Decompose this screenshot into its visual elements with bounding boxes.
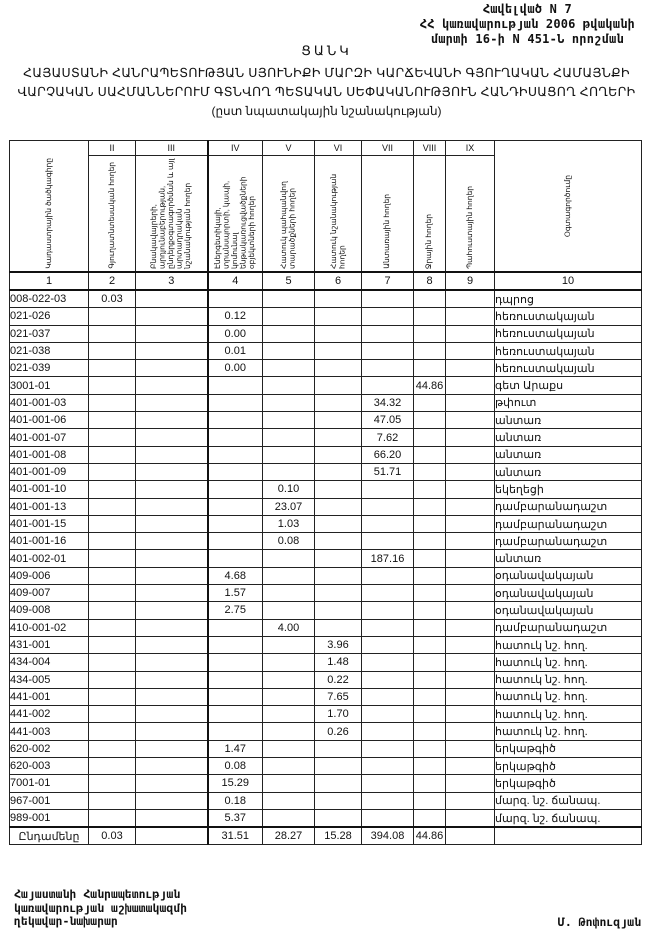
area-cell-c5 (263, 463, 315, 480)
area-cell-c6 (315, 758, 362, 775)
cadastral-code: 401-001-13 (10, 498, 89, 515)
area-cell-c8 (414, 463, 446, 480)
land-use: գետ Արաքս (495, 377, 642, 394)
area-cell-c2 (89, 325, 136, 342)
column-header-text: Էներգետիկայի, տրանսպորտի, կապի, կոմունալ… (214, 158, 257, 269)
area-cell-c8 (414, 394, 446, 411)
area-cell-c6 (315, 498, 362, 515)
table-row: 441-0030.26հատուկ նշ. հող. (10, 723, 642, 740)
area-cell-c2 (89, 567, 136, 584)
roman-numeral-cell: VIII (414, 141, 446, 156)
area-cell-c6 (315, 412, 362, 429)
area-cell-c5 (263, 602, 315, 619)
area-cell-c3 (136, 671, 208, 688)
area-cell-c6: 3.96 (315, 636, 362, 653)
area-cell-c2 (89, 671, 136, 688)
column-number-row: 12345678910 (10, 272, 642, 290)
area-cell-c7 (362, 342, 414, 359)
area-cell-c4 (208, 290, 263, 308)
land-use: թփուտ (495, 394, 642, 411)
area-cell-c4: 0.12 (208, 308, 263, 325)
column-header: Ջրային հողեր (414, 156, 446, 273)
area-cell-c3 (136, 360, 208, 377)
area-cell-c9 (446, 723, 495, 740)
area-cell-c2 (89, 481, 136, 498)
area-cell-c9 (446, 567, 495, 584)
table-row: 401-001-100.10եկեղեցի (10, 481, 642, 498)
area-cell-c4: 0.00 (208, 360, 263, 377)
area-cell-c6: 1.70 (315, 706, 362, 723)
area-cell-c7 (362, 360, 414, 377)
area-cell-c5 (263, 585, 315, 602)
area-cell-c9 (446, 602, 495, 619)
land-use: հատուկ նշ. հող. (495, 636, 642, 653)
column-number: 10 (495, 272, 642, 290)
area-cell-c3 (136, 567, 208, 584)
area-cell-c5 (263, 758, 315, 775)
area-cell-c6 (315, 325, 362, 342)
area-cell-c7: 34.32 (362, 394, 414, 411)
area-cell-c6 (315, 550, 362, 567)
area-cell-c3 (136, 308, 208, 325)
cadastral-code: 401-001-08 (10, 446, 89, 463)
area-cell-c5 (263, 429, 315, 446)
area-cell-c8 (414, 498, 446, 515)
area-cell-c6 (315, 567, 362, 584)
area-cell-c5: 23.07 (263, 498, 315, 515)
area-cell-c2 (89, 654, 136, 671)
area-cell-c8 (414, 412, 446, 429)
total-use (495, 827, 642, 845)
table-row: 431-0013.96հատուկ նշ. հող. (10, 636, 642, 653)
cadastral-code: 401-001-06 (10, 412, 89, 429)
area-cell-c9 (446, 706, 495, 723)
column-number: 6 (315, 272, 362, 290)
table-row: 620-0030.08երկաթգիծ (10, 758, 642, 775)
area-cell-c6 (315, 394, 362, 411)
area-cell-c2 (89, 342, 136, 359)
area-cell-c2 (89, 758, 136, 775)
area-cell-c4 (208, 688, 263, 705)
area-cell-c5 (263, 688, 315, 705)
annex-decision-line: ՀՀ կառավարության 2006 թվականի (420, 17, 635, 32)
cadastral-code: 409-007 (10, 585, 89, 602)
area-cell-c6 (315, 446, 362, 463)
area-cell-c7 (362, 325, 414, 342)
column-header-text: Անտառային հողեր (383, 194, 392, 269)
column-header: Կադաստրային ծածկագիրը (10, 141, 89, 273)
cadastral-code: 401-001-16 (10, 533, 89, 550)
area-cell-c7 (362, 533, 414, 550)
area-cell-c7 (362, 792, 414, 809)
area-cell-c4 (208, 446, 263, 463)
column-number: 2 (89, 272, 136, 290)
land-use: անտառ (495, 412, 642, 429)
area-cell-c5 (263, 290, 315, 308)
area-cell-c6 (315, 619, 362, 636)
table-row: 401-001-160.08դամբարանադաշտ (10, 533, 642, 550)
roman-numeral-cell: V (263, 141, 315, 156)
area-cell-c2 (89, 394, 136, 411)
cadastral-code: 401-001-09 (10, 463, 89, 480)
area-cell-c2 (89, 792, 136, 809)
area-cell-c5 (263, 723, 315, 740)
area-cell-c9 (446, 636, 495, 653)
cadastral-code: 401-001-03 (10, 394, 89, 411)
area-cell-c9 (446, 463, 495, 480)
area-cell-c4 (208, 654, 263, 671)
area-cell-c5: 1.03 (263, 515, 315, 532)
roman-numeral-row: Կադաստրային ծածկագիրըIIIIIIVVVIVIIVIIIIX… (10, 141, 642, 156)
column-number: 3 (136, 272, 208, 290)
total-cell-c8: 44.86 (414, 827, 446, 845)
area-cell-c2 (89, 688, 136, 705)
area-cell-c9 (446, 740, 495, 757)
cadastral-code: 7001-01 (10, 775, 89, 792)
area-cell-c7: 47.05 (362, 412, 414, 429)
column-number: 7 (362, 272, 414, 290)
table-row: 401-001-0647.05անտառ (10, 412, 642, 429)
area-cell-c9 (446, 688, 495, 705)
area-cell-c5 (263, 792, 315, 809)
area-cell-c4: 5.37 (208, 809, 263, 827)
column-header: Պահուստային հողեր (446, 156, 495, 273)
land-use: դպրոց (495, 290, 642, 308)
area-cell-c7 (362, 706, 414, 723)
table-row: 401-001-077.62անտառ (10, 429, 642, 446)
area-cell-c5 (263, 412, 315, 429)
area-cell-c3 (136, 446, 208, 463)
land-use: օդանավակայան (495, 567, 642, 584)
area-cell-c6: 0.22 (315, 671, 362, 688)
area-cell-c2 (89, 412, 136, 429)
area-cell-c7: 187.16 (362, 550, 414, 567)
area-cell-c3 (136, 342, 208, 359)
total-cell-c3 (136, 827, 208, 845)
land-use: հատուկ նշ. հող. (495, 706, 642, 723)
signatory-position-line-3: ղեկավար-նախարար (14, 915, 187, 929)
area-cell-c3 (136, 550, 208, 567)
area-cell-c9 (446, 325, 495, 342)
column-number: 1 (10, 272, 89, 290)
land-use: անտառ (495, 446, 642, 463)
area-cell-c7 (362, 654, 414, 671)
area-cell-c8 (414, 654, 446, 671)
area-cell-c7: 66.20 (362, 446, 414, 463)
area-cell-c3 (136, 533, 208, 550)
area-cell-c4: 0.00 (208, 325, 263, 342)
area-cell-c3 (136, 498, 208, 515)
area-cell-c2 (89, 619, 136, 636)
area-cell-c7 (362, 758, 414, 775)
area-cell-c4 (208, 515, 263, 532)
area-cell-c4 (208, 723, 263, 740)
area-cell-c6 (315, 533, 362, 550)
area-cell-c2 (89, 429, 136, 446)
area-cell-c9 (446, 533, 495, 550)
area-cell-c4 (208, 706, 263, 723)
area-cell-c9 (446, 585, 495, 602)
area-cell-c5: 0.08 (263, 533, 315, 550)
table-row: 021-0260.12հեռուստակայան (10, 308, 642, 325)
signatory-name: Մ. Թոփուզյան (558, 915, 641, 929)
area-cell-c8 (414, 723, 446, 740)
area-cell-c6: 0.26 (315, 723, 362, 740)
area-cell-c7 (362, 809, 414, 827)
area-cell-c2 (89, 636, 136, 653)
area-cell-c6 (315, 775, 362, 792)
table-row: 441-0021.70հատուկ նշ. հող. (10, 706, 642, 723)
area-cell-c9 (446, 308, 495, 325)
area-cell-c8 (414, 550, 446, 567)
column-header: Հատուկ պահպանվող տարածքների հողեր (263, 156, 315, 273)
area-cell-c5 (263, 636, 315, 653)
column-header-text: Հատուկ պահպանվող տարածքների հողեր (280, 158, 297, 269)
area-cell-c5 (263, 740, 315, 757)
cadastral-code: 620-002 (10, 740, 89, 757)
area-cell-c7: 7.62 (362, 429, 414, 446)
area-cell-c3 (136, 515, 208, 532)
annex-number: Հավելված N 7 (420, 2, 635, 17)
area-cell-c4 (208, 498, 263, 515)
document-subtitle: (ըստ նպատակային նշանակության) (0, 104, 653, 118)
area-cell-c6 (315, 515, 362, 532)
area-cell-c2 (89, 740, 136, 757)
area-cell-c5 (263, 567, 315, 584)
area-cell-c6 (315, 377, 362, 394)
document-title: ՀԱՅԱՍՏԱՆԻ ՀԱՆՐԱՊԵՏՈՒԹՅԱՆ ՍՅՈՒՆԻՔԻ ՄԱՐԶԻ … (0, 64, 653, 102)
area-cell-c2 (89, 498, 136, 515)
area-cell-c2 (89, 809, 136, 827)
cadastral-code: 967-001 (10, 792, 89, 809)
title-line-2: ՎԱՐՉԱԿԱՆ ՍԱՀՄԱՆՆԵՐՈՒՄ ԳՏՆՎՈՂ ՊԵՏԱԿԱՆ ՍԵՓ… (0, 83, 653, 102)
area-cell-c8 (414, 809, 446, 827)
area-cell-c9 (446, 342, 495, 359)
table-row: 401-001-0951.71անտառ (10, 463, 642, 480)
cadastral-code: 410-001-02 (10, 619, 89, 636)
total-cell-c6: 15.28 (315, 827, 362, 845)
area-cell-c3 (136, 602, 208, 619)
area-cell-c8 (414, 740, 446, 757)
area-cell-c8 (414, 671, 446, 688)
column-header-text: Բնակավայրերի, արդյունաբերության, ընդերքօ… (150, 158, 193, 269)
area-cell-c7 (362, 481, 414, 498)
area-cell-c4: 4.68 (208, 567, 263, 584)
area-cell-c3 (136, 654, 208, 671)
area-cell-c3 (136, 775, 208, 792)
column-header: Օգտագործումը (495, 141, 642, 273)
column-header: Գյուղատնտեսական հողեր (89, 156, 136, 273)
cadastral-code: 3001-01 (10, 377, 89, 394)
cadastral-code: 434-005 (10, 671, 89, 688)
area-cell-c2 (89, 723, 136, 740)
area-cell-c6 (315, 740, 362, 757)
cadastral-code: 021-038 (10, 342, 89, 359)
land-use: հեռուստակայան (495, 325, 642, 342)
table-row: 3001-0144.86գետ Արաքս (10, 377, 642, 394)
column-header-text: Գյուղատնտեսական հողեր (108, 162, 117, 269)
area-cell-c2 (89, 533, 136, 550)
area-cell-c7 (362, 308, 414, 325)
column-header: Հատուկ նշանակության հողեր (315, 156, 362, 273)
total-cell-c5: 28.27 (263, 827, 315, 845)
roman-numeral-cell: IV (208, 141, 263, 156)
land-use: երկաթգիծ (495, 775, 642, 792)
cadastral-code: 021-039 (10, 360, 89, 377)
area-cell-c4 (208, 394, 263, 411)
area-cell-c4 (208, 636, 263, 653)
table-row: 401-001-1323.07դամբարանադաշտ (10, 498, 642, 515)
table-row: 989-0015.37մարզ. նշ. ճանապ. (10, 809, 642, 827)
area-cell-c3 (136, 412, 208, 429)
area-cell-c9 (446, 360, 495, 377)
column-number: 5 (263, 272, 315, 290)
area-cell-c8 (414, 636, 446, 653)
land-use: երկաթգիծ (495, 758, 642, 775)
area-cell-c3 (136, 809, 208, 827)
table-row: 401-001-151.03դամբարանադաշտ (10, 515, 642, 532)
area-cell-c9 (446, 394, 495, 411)
area-cell-c9 (446, 671, 495, 688)
table-row: 409-0082.75օդանավակայան (10, 602, 642, 619)
cadastral-code: 409-006 (10, 567, 89, 584)
area-cell-c8 (414, 533, 446, 550)
area-cell-c2 (89, 463, 136, 480)
area-cell-c3 (136, 706, 208, 723)
cadastral-code: 401-001-15 (10, 515, 89, 532)
list-title: ՑԱՆԿ (0, 43, 653, 59)
table-row: 021-0370.00հեռուստակայան (10, 325, 642, 342)
table-row: 401-002-01187.16անտառ (10, 550, 642, 567)
area-cell-c4 (208, 377, 263, 394)
column-number: 9 (446, 272, 495, 290)
area-cell-c6 (315, 463, 362, 480)
area-cell-c6: 7.65 (315, 688, 362, 705)
area-cell-c7 (362, 636, 414, 653)
table-row: 008-022-030.03դպրոց (10, 290, 642, 308)
column-header-text: Պահուստային հողեր (466, 186, 475, 269)
cadastral-code: 441-001 (10, 688, 89, 705)
area-cell-c7 (362, 567, 414, 584)
title-line-1: ՀԱՅԱՍՏԱՆԻ ՀԱՆՐԱՊԵՏՈՒԹՅԱՆ ՍՅՈՒՆԻՔԻ ՄԱՐԶԻ … (0, 64, 653, 83)
area-cell-c9 (446, 809, 495, 827)
total-cell-c9 (446, 827, 495, 845)
area-cell-c7 (362, 688, 414, 705)
area-cell-c7: 51.71 (362, 463, 414, 480)
area-cell-c4: 0.18 (208, 792, 263, 809)
area-cell-c5 (263, 671, 315, 688)
signatory-position: Հայաստանի Հանրապետության կառավարության ա… (14, 888, 187, 929)
column-header-text: Օգտագործումը (564, 175, 573, 237)
land-use: օդանավակայան (495, 585, 642, 602)
table-row: 021-0390.00հեռուստակայան (10, 360, 642, 377)
land-use: դամբարանադաշտ (495, 515, 642, 532)
column-header: Բնակավայրերի, արդյունաբերության, ընդերքօ… (136, 156, 208, 273)
area-cell-c8 (414, 308, 446, 325)
area-cell-c4: 1.57 (208, 585, 263, 602)
area-cell-c6: 1.48 (315, 654, 362, 671)
area-cell-c4 (208, 481, 263, 498)
area-cell-c8 (414, 481, 446, 498)
area-cell-c6 (315, 308, 362, 325)
area-cell-c2 (89, 360, 136, 377)
area-cell-c9 (446, 515, 495, 532)
area-cell-c3 (136, 619, 208, 636)
area-cell-c9 (446, 550, 495, 567)
area-cell-c5 (263, 342, 315, 359)
area-cell-c8 (414, 775, 446, 792)
area-cell-c7 (362, 498, 414, 515)
cadastral-code: 441-003 (10, 723, 89, 740)
area-cell-c5 (263, 360, 315, 377)
area-cell-c8 (414, 325, 446, 342)
area-cell-c8 (414, 342, 446, 359)
area-cell-c5 (263, 775, 315, 792)
area-cell-c5 (263, 706, 315, 723)
area-cell-c8 (414, 567, 446, 584)
area-cell-c7 (362, 619, 414, 636)
roman-numeral-cell: VII (362, 141, 414, 156)
area-cell-c4 (208, 463, 263, 480)
area-cell-c9 (446, 377, 495, 394)
area-cell-c2 (89, 706, 136, 723)
area-cell-c7 (362, 602, 414, 619)
column-number: 4 (208, 272, 263, 290)
cadastral-code: 401-002-01 (10, 550, 89, 567)
area-cell-c5 (263, 654, 315, 671)
area-cell-c8 (414, 619, 446, 636)
area-cell-c6 (315, 360, 362, 377)
land-use: դամբարանադաշտ (495, 619, 642, 636)
column-header: Էներգետիկայի, տրանսպորտի, կապի, կոմունալ… (208, 156, 263, 273)
table-row: 409-0064.68օդանավակայան (10, 567, 642, 584)
area-cell-c7 (362, 377, 414, 394)
area-cell-c5 (263, 446, 315, 463)
area-cell-c3 (136, 723, 208, 740)
cadastral-code: 021-026 (10, 308, 89, 325)
area-cell-c4 (208, 671, 263, 688)
area-cell-c7 (362, 723, 414, 740)
area-cell-c3 (136, 290, 208, 308)
area-cell-c8 (414, 429, 446, 446)
total-cell-c7: 394.08 (362, 827, 414, 845)
total-row: Ընդամենը0.0331.5128.2715.28394.0844.86 (10, 827, 642, 845)
total-cell-c4: 31.51 (208, 827, 263, 845)
area-cell-c8 (414, 706, 446, 723)
area-cell-c8 (414, 585, 446, 602)
area-cell-c8 (414, 792, 446, 809)
area-cell-c9 (446, 412, 495, 429)
area-cell-c2 (89, 515, 136, 532)
cadastral-code: 401-001-07 (10, 429, 89, 446)
area-cell-c9 (446, 481, 495, 498)
total-cell-c2: 0.03 (89, 827, 136, 845)
land-use: անտառ (495, 463, 642, 480)
column-header-text: Հատուկ նշանակության հողեր (330, 158, 347, 269)
area-cell-c6 (315, 290, 362, 308)
table-row: 7001-0115.29երկաթգիծ (10, 775, 642, 792)
area-cell-c6 (315, 602, 362, 619)
land-use: անտառ (495, 429, 642, 446)
area-cell-c8 (414, 688, 446, 705)
area-cell-c7 (362, 740, 414, 757)
cadastral-code: 989-001 (10, 809, 89, 827)
area-cell-c8 (414, 515, 446, 532)
table-row: 434-0050.22հատուկ նշ. հող. (10, 671, 642, 688)
land-list-table: Կադաստրային ծածկագիրըIIIIIIVVVIVIIVIIIIX… (9, 140, 642, 845)
area-cell-c5 (263, 308, 315, 325)
table-row: 434-0041.48հատուկ նշ. հող. (10, 654, 642, 671)
